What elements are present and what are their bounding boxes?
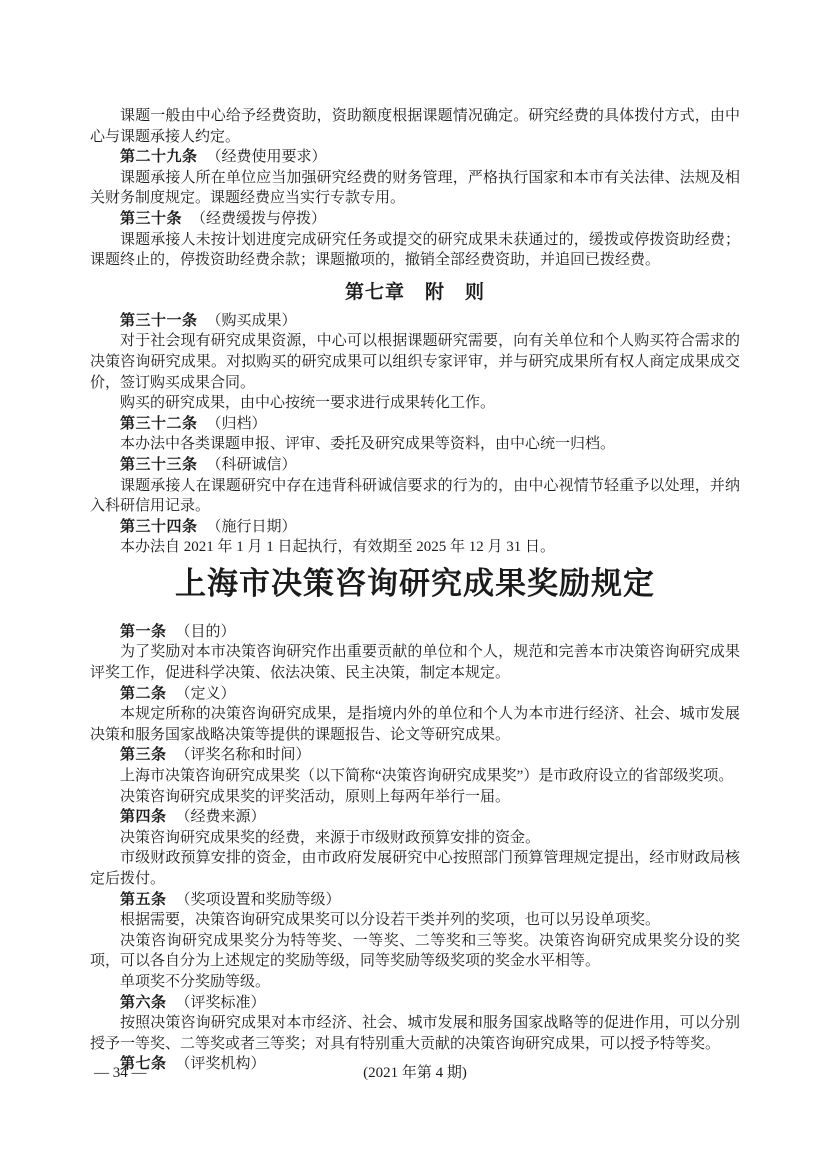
article-number: 第二十九条	[120, 148, 198, 165]
article-title: （奖项设置和奖励等级）	[176, 892, 341, 908]
article-number: 第二条	[120, 685, 167, 702]
article-heading: 第三十四条（施行日期）	[90, 517, 740, 538]
article-heading: 第三十一条（购买成果）	[90, 311, 740, 332]
article-title: （购买成果）	[207, 313, 297, 329]
paragraph: 决策咨询研究成果奖分为特等奖、一等奖、二等奖和三等奖。决策咨询研究成果奖分设的奖…	[90, 931, 740, 972]
paragraph: 课题承接人在课题研究中存在违背科研诚信要求的行为的，由中心视情节轻重予以处理，并…	[90, 476, 740, 517]
article-heading: 第四条（经费来源）	[90, 807, 740, 828]
article-number: 第四条	[120, 808, 167, 825]
article-number: 第一条	[120, 623, 167, 640]
article-number: 第五条	[120, 891, 167, 908]
paragraph: 本规定所称的决策咨询研究成果，是指境内外的单位和个人为本市进行经济、社会、城市发…	[90, 704, 740, 745]
article-number: 第三十二条	[120, 415, 198, 432]
article-number: 第三十四条	[120, 518, 198, 535]
paragraph: 上海市决策咨询研究成果奖（以下简称“决策咨询研究成果奖”）是市政府设立的省部级奖…	[90, 766, 740, 787]
article-title: （定义）	[176, 686, 236, 702]
article-title: （经费缓拨与停拨）	[191, 211, 326, 227]
paragraph: 本办法自 2021 年 1 月 1 日起执行，有效期至 2025 年 12 月 …	[90, 537, 740, 558]
article-title: （经费来源）	[176, 809, 266, 825]
article-heading: 第三条（评奖名称和时间）	[90, 745, 740, 766]
document-body: 课题一般由中心给予经费资助，资助额度根据课题情况确定。研究经费的具体拨付方式，由…	[90, 106, 740, 1075]
article-heading: 第三十条（经费缓拨与停拨）	[90, 209, 740, 230]
paragraph: 决策咨询研究成果奖的评奖活动，原则上每两年举行一届。	[90, 787, 740, 808]
paragraph: 按照决策咨询研究成果对本市经济、社会、城市发展和服务国家战略等的促进作用，可以分…	[90, 1013, 740, 1054]
paragraph: 课题一般由中心给予经费资助，资助额度根据课题情况确定。研究经费的具体拨付方式，由…	[90, 106, 740, 147]
article-title: （科研诚信）	[207, 457, 297, 473]
issue-label: (2021 年第 4 期)	[363, 1063, 467, 1083]
article-title: （评奖标准）	[176, 995, 266, 1011]
article-heading: 第二十九条（经费使用要求）	[90, 147, 740, 168]
paragraph: 课题承接人所在单位应当加强研究经费的财务管理，严格执行国家和本市有关法律、法规及…	[90, 168, 740, 209]
article-heading: 第三十二条（归档）	[90, 414, 740, 435]
article-heading: 第五条（奖项设置和奖励等级）	[90, 890, 740, 911]
paragraph: 课题承接人未按计划进度完成研究任务或提交的研究成果未获通过的，缓拨或停拨资助经费…	[90, 230, 740, 271]
paragraph: 根据需要，决策咨询研究成果奖可以分设若干类并列的奖项，也可以另设单项奖。	[90, 910, 740, 931]
document-page: 课题一般由中心给予经费资助，资助额度根据课题情况确定。研究经费的具体拨付方式，由…	[0, 0, 827, 1170]
document-title: 上海市决策咨询研究成果奖励规定	[90, 566, 740, 602]
article-heading: 第六条（评奖标准）	[90, 993, 740, 1014]
paragraph: 单项奖不分奖励等级。	[90, 972, 740, 993]
article-heading: 第一条（目的）	[90, 622, 740, 643]
page-footer: — 34 — (2021 年第 4 期)	[90, 1063, 740, 1085]
article-number: 第三十三条	[120, 456, 198, 473]
paragraph: 决策咨询研究成果奖的经费，来源于市级财政预算安排的资金。	[90, 828, 740, 849]
paragraph: 购买的研究成果，由中心按统一要求进行成果转化工作。	[90, 393, 740, 414]
article-heading: 第三十三条（科研诚信）	[90, 455, 740, 476]
chapter-heading: 第七章 附 则	[90, 280, 740, 306]
article-number: 第三十一条	[120, 312, 198, 329]
article-title: （施行日期）	[207, 519, 297, 535]
article-title: （归档）	[207, 416, 267, 432]
article-number: 第六条	[120, 994, 167, 1011]
paragraph: 对于社会现有研究成果资源，中心可以根据课题研究需要，向有关单位和个人购买符合需求…	[90, 331, 740, 393]
article-title: （经费使用要求）	[207, 149, 327, 165]
paragraph: 本办法中各类课题申报、评审、委托及研究成果等资料，由中心统一归档。	[90, 434, 740, 455]
article-heading: 第二条（定义）	[90, 684, 740, 705]
article-title: （目的）	[176, 624, 236, 640]
paragraph: 为了奖励对本市决策咨询研究作出重要贡献的单位和个人，规范和完善本市决策咨询研究成…	[90, 642, 740, 683]
article-number: 第三十条	[120, 210, 182, 227]
article-number: 第三条	[120, 746, 167, 763]
paragraph: 市级财政预算安排的资金，由市政府发展研究中心按照部门预算管理规定提出，经市财政局…	[90, 848, 740, 889]
article-title: （评奖名称和时间）	[176, 747, 311, 763]
page-number: — 34 —	[94, 1063, 147, 1083]
